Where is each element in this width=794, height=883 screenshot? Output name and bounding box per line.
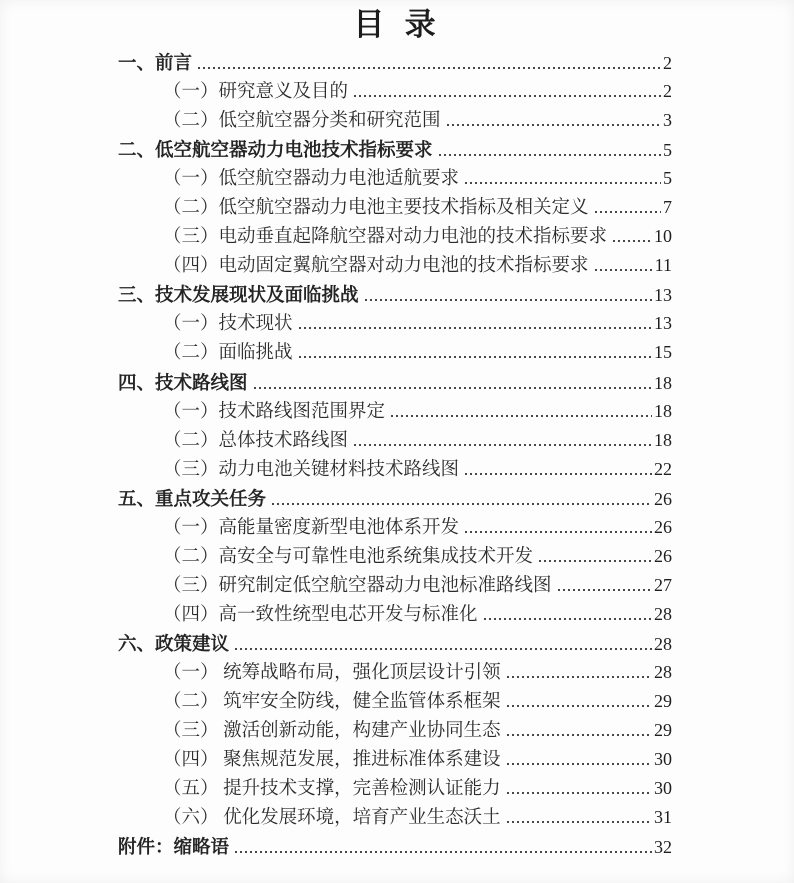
toc-entry: （二）总体技术路线图 18 <box>118 426 672 455</box>
toc-entry-label: （四） 聚焦规范发展，推进标准体系建设 <box>163 746 501 775</box>
toc-entry-label: （一） 统筹战略布局，强化顶层设计引领 <box>163 659 501 688</box>
toc-entry-label: （一）研究意义及目的 <box>163 78 348 107</box>
toc-entry-page-number: 22 <box>654 455 672 484</box>
document-page: 目 录 一、前言 2 （一）研究意义及目的 2 （二）低空航空器分类和研究范围 … <box>0 0 794 883</box>
dotted-leader <box>465 531 652 533</box>
toc-entry-label: （三）研究制定低空航空器动力电池标准路线图 <box>163 572 552 601</box>
toc-entry-label: （五） 提升技术支撑，完善检测认证能力 <box>163 775 501 804</box>
toc-entry-label: （一）技术路线图范围界定 <box>163 398 385 427</box>
toc-entry: （一）高能量密度新型电池体系开发 26 <box>118 513 672 542</box>
toc-entry: （四）电动固定翼航空器对动力电池的技术指标要求 11 <box>118 251 672 280</box>
toc-entry-page-number: 18 <box>654 426 672 455</box>
toc-entry-page-number: 28 <box>654 658 672 687</box>
toc-entry-page-number: 15 <box>654 338 672 367</box>
toc-entry: （三）研究制定低空航空器动力电池标准路线图 27 <box>118 571 672 600</box>
dotted-leader <box>558 589 652 591</box>
toc-entry-label: （二）低空航空器分类和研究范围 <box>163 107 441 136</box>
toc-entry: （三）电动垂直起降航空器对动力电池的技术指标要求 10 <box>118 222 672 251</box>
dotted-leader <box>507 821 652 823</box>
toc-entry-page-number: 2 <box>663 77 672 106</box>
toc-entry: （一） 统筹战略布局，强化顶层设计引领 28 <box>118 658 672 687</box>
toc-entry-page-number: 11 <box>655 251 672 280</box>
dotted-leader <box>613 240 652 242</box>
toc-entry-page-number: 27 <box>654 571 672 600</box>
toc-entry-page-number: 10 <box>654 222 672 251</box>
dotted-leader <box>198 67 661 69</box>
table-of-contents: 一、前言 2 （一）研究意义及目的 2 （二）低空航空器分类和研究范围 3 二、… <box>118 48 672 861</box>
dotted-leader <box>439 154 661 156</box>
toc-entry-label: （二）低空航空器动力电池主要技术指标及相关定义 <box>163 194 589 223</box>
toc-entry-page-number: 29 <box>654 716 672 745</box>
toc-entry-label: （一）技术现状 <box>163 310 293 339</box>
toc-entry-label: 三、技术发展现状及面临挑战 <box>118 280 359 309</box>
toc-entry-label: （二）高安全与可靠性电池系统集成技术开发 <box>163 543 533 572</box>
toc-entry: 六、政策建议 28 <box>118 629 672 658</box>
toc-entry-page-number: 28 <box>654 630 672 659</box>
page-title: 目 录 <box>118 6 672 44</box>
dotted-leader <box>465 182 661 184</box>
toc-entry-label: 一、前言 <box>118 48 192 77</box>
toc-entry-label: （四）高一致性统型电芯开发与标准化 <box>163 601 478 630</box>
toc-entry-label: 六、政策建议 <box>118 629 229 658</box>
toc-entry-page-number: 31 <box>654 803 672 832</box>
toc-entry-page-number: 18 <box>654 369 672 398</box>
toc-entry-label: （二）面临挑战 <box>163 339 293 368</box>
toc-entry: （一）研究意义及目的 2 <box>118 77 672 106</box>
dotted-leader <box>507 705 652 707</box>
toc-entry: （三） 激活创新动能，构建产业协同生态 29 <box>118 716 672 745</box>
toc-entry: （四） 聚焦规范发展，推进标准体系建设 30 <box>118 745 672 774</box>
toc-entry-page-number: 7 <box>663 193 672 222</box>
dotted-leader <box>539 560 652 562</box>
dotted-leader <box>447 124 661 126</box>
toc-entry: （二）低空航空器动力电池主要技术指标及相关定义 7 <box>118 193 672 222</box>
toc-entry: （一）技术现状 13 <box>118 309 672 338</box>
dotted-leader <box>299 327 652 329</box>
toc-entry: （六） 优化发展环境，培育产业生态沃土 31 <box>118 803 672 832</box>
dotted-leader <box>484 618 652 620</box>
toc-entry: 三、技术发展现状及面临挑战 13 <box>118 280 672 309</box>
dotted-leader <box>391 415 652 417</box>
toc-entry-label: （三）电动垂直起降航空器对动力电池的技术指标要求 <box>163 223 607 252</box>
toc-entry-page-number: 13 <box>654 309 672 338</box>
toc-entry-page-number: 3 <box>663 106 672 135</box>
dotted-leader <box>595 211 661 213</box>
toc-entry: （一）技术路线图范围界定 18 <box>118 397 672 426</box>
toc-entry-label: 附件：缩略语 <box>118 832 229 861</box>
toc-entry: （四）高一致性统型电芯开发与标准化 28 <box>118 600 672 629</box>
toc-entry: 四、技术路线图 18 <box>118 368 672 397</box>
toc-entry-label: （二） 筑牢安全防线，健全监管体系框架 <box>163 688 501 717</box>
dotted-leader <box>354 444 652 446</box>
toc-entry-label: （二）总体技术路线图 <box>163 427 348 456</box>
dotted-leader <box>507 792 652 794</box>
toc-entry: （三）动力电池关键材料技术路线图 22 <box>118 455 672 484</box>
toc-entry-label: （一）高能量密度新型电池体系开发 <box>163 514 459 543</box>
toc-entry-label: （四）电动固定翼航空器对动力电池的技术指标要求 <box>163 252 589 281</box>
toc-entry: （五） 提升技术支撑，完善检测认证能力 30 <box>118 774 672 803</box>
toc-entry: 附件：缩略语 32 <box>118 832 672 861</box>
toc-entry: （二） 筑牢安全防线，健全监管体系框架 29 <box>118 687 672 716</box>
toc-entry: （二）面临挑战 15 <box>118 338 672 367</box>
toc-entry: （二）高安全与可靠性电池系统集成技术开发 26 <box>118 542 672 571</box>
dotted-leader <box>272 503 652 505</box>
toc-entry-page-number: 13 <box>654 281 672 310</box>
dotted-leader <box>507 734 652 736</box>
toc-entry-label: 四、技术路线图 <box>118 368 248 397</box>
dotted-leader <box>235 648 652 650</box>
toc-entry-label: （六） 优化发展环境，培育产业生态沃土 <box>163 804 501 833</box>
toc-entry-page-number: 30 <box>654 774 672 803</box>
toc-entry-page-number: 30 <box>654 745 672 774</box>
toc-entry-label: （三） 激活创新动能，构建产业协同生态 <box>163 717 501 746</box>
dotted-leader <box>507 676 652 678</box>
toc-entry-label: 二、低空航空器动力电池技术指标要求 <box>118 135 433 164</box>
dotted-leader <box>595 269 653 271</box>
dotted-leader <box>254 387 652 389</box>
toc-entry: （二）低空航空器分类和研究范围 3 <box>118 106 672 135</box>
toc-entry-label: （三）动力电池关键材料技术路线图 <box>163 456 459 485</box>
toc-entry: 二、低空航空器动力电池技术指标要求 5 <box>118 135 672 164</box>
dotted-leader <box>365 299 652 301</box>
toc-entry-page-number: 26 <box>654 542 672 571</box>
toc-entry-page-number: 26 <box>654 513 672 542</box>
toc-entry-page-number: 18 <box>654 397 672 426</box>
toc-entry-page-number: 32 <box>654 833 672 862</box>
toc-entry-page-number: 29 <box>654 687 672 716</box>
toc-entry-label: 五、重点攻关任务 <box>118 484 266 513</box>
dotted-leader <box>354 95 661 97</box>
toc-entry-page-number: 5 <box>663 164 672 193</box>
dotted-leader <box>507 763 652 765</box>
toc-entry: （一）低空航空器动力电池适航要求 5 <box>118 164 672 193</box>
toc-entry: 五、重点攻关任务 26 <box>118 484 672 513</box>
toc-entry: 一、前言 2 <box>118 48 672 77</box>
dotted-leader <box>465 473 652 475</box>
toc-entry-page-number: 5 <box>663 136 672 165</box>
toc-entry-page-number: 2 <box>663 49 672 78</box>
toc-entry-page-number: 26 <box>654 485 672 514</box>
toc-entry-label: （一）低空航空器动力电池适航要求 <box>163 165 459 194</box>
dotted-leader <box>235 851 652 853</box>
toc-entry-page-number: 28 <box>654 600 672 629</box>
dotted-leader <box>299 356 652 358</box>
